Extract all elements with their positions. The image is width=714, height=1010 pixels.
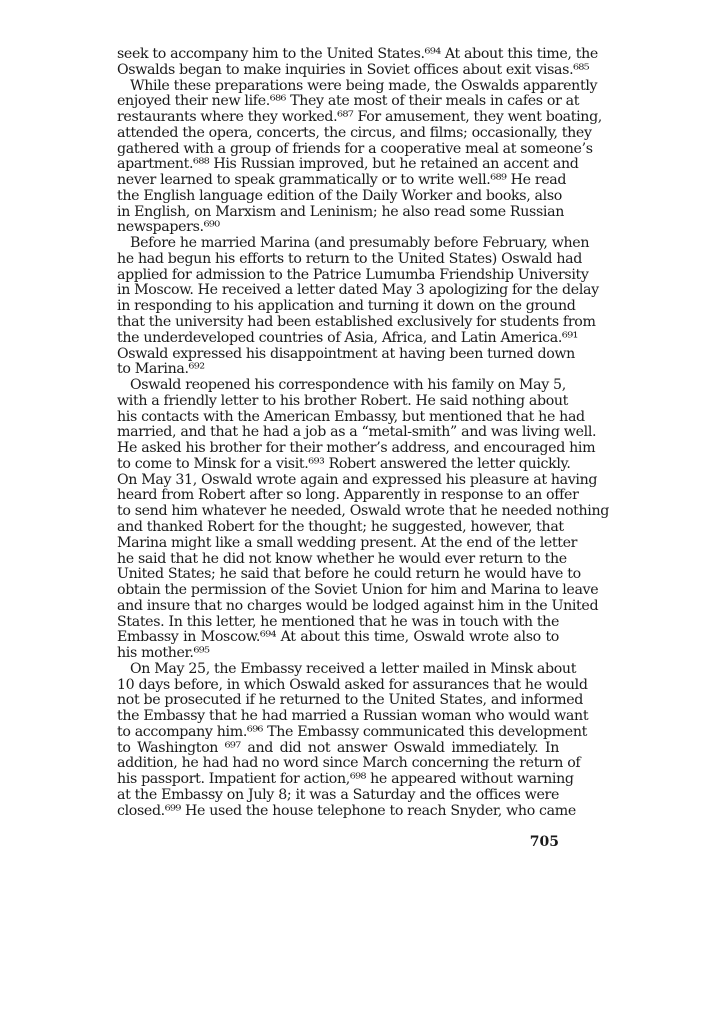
text-line: never learned to speak grammatically or … xyxy=(117,173,559,189)
text-line: obtain the permission of the Soviet Unio… xyxy=(117,583,559,599)
text-line: gathered with a group of friends for a c… xyxy=(117,142,559,158)
text-line: and thanked Robert for the thought; he s… xyxy=(117,520,559,536)
text-line: enjoyed their new life.⁶⁸⁶ They ate most… xyxy=(117,94,559,110)
page-body: seek to accompany him to the United Stat… xyxy=(117,47,559,820)
text-line: to send him whatever he needed, Oswald w… xyxy=(117,504,559,520)
text-line: heard from Robert after so long. Apparen… xyxy=(117,488,559,504)
text-line: On May 25, the Embassy received a letter… xyxy=(117,662,559,678)
text-line: apartment.⁶⁸⁸ His Russian improved, but … xyxy=(117,157,559,173)
text-line: Marina might like a small wedding presen… xyxy=(117,536,559,552)
text-line: seek to accompany him to the United Stat… xyxy=(117,47,559,63)
text-line: restaurants where they worked.⁶⁸⁷ For am… xyxy=(117,110,559,126)
text-line: He asked his brother for their mother’s … xyxy=(117,441,559,457)
text-line: Oswald expressed his disappointment at h… xyxy=(117,347,559,363)
text-line: he had begun his efforts to return to th… xyxy=(117,252,559,268)
text-line: addition, he had had no word since March… xyxy=(117,756,559,772)
text-line: the underdeveloped countries of Asia, Af… xyxy=(117,331,559,347)
text-line: newspapers.⁶⁹⁰ xyxy=(117,220,559,236)
text-line: he said that he did not know whether he … xyxy=(117,552,559,568)
page-number: 705 xyxy=(522,834,559,850)
text-line: in Moscow. He received a letter dated Ma… xyxy=(117,283,559,299)
text-line: attended the opera, concerts, the circus… xyxy=(117,126,559,142)
text-line: Oswald reopened his correspondence with … xyxy=(117,378,559,394)
text-line: with a friendly letter to his brother Ro… xyxy=(117,394,559,410)
text-line: in responding to his application and tur… xyxy=(117,299,559,315)
text-line: married, and that he had a job as a “met… xyxy=(117,425,559,441)
text-line: that the university had been established… xyxy=(117,315,559,331)
text-line: 10 days before, in which Oswald asked fo… xyxy=(117,678,559,694)
text-line: his contacts with the American Embassy, … xyxy=(117,410,559,426)
text-line: While these preparations were being made… xyxy=(117,79,559,95)
text-line: States. In this letter, he mentioned tha… xyxy=(117,615,559,631)
text-line: to Washington ⁶⁹⁷ and did not answer Osw… xyxy=(117,741,559,757)
text-line: the Embassy that he had married a Russia… xyxy=(117,709,559,725)
text-line: in English, on Marxism and Leninism; he … xyxy=(117,205,559,221)
text-line: closed.⁶⁹⁹ He used the house telephone t… xyxy=(117,804,559,820)
text-line: Embassy in Moscow.⁶⁹⁴ At about this time… xyxy=(117,630,559,646)
text-line: United States; he said that before he co… xyxy=(117,567,559,583)
text-line: not be prosecuted if he returned to the … xyxy=(117,693,559,709)
text-line: his passport. Impatient for action,⁶⁹⁸ h… xyxy=(117,772,559,788)
text-line: his mother.⁶⁹⁵ xyxy=(117,646,559,662)
text-line: to accompany him.⁶⁹⁶ The Embassy communi… xyxy=(117,725,559,741)
text-line: Before he married Marina (and presumably… xyxy=(117,236,559,252)
text-line: Oswalds began to make inquiries in Sovie… xyxy=(117,63,559,79)
text-line: to Marina.⁶⁹² xyxy=(117,362,559,378)
text-line: to come to Minsk for a visit.⁶⁹³ Robert … xyxy=(117,457,559,473)
text-line: the English language edition of the Dail… xyxy=(117,189,559,205)
text-line: applied for admission to the Patrice Lum… xyxy=(117,268,559,284)
text-line: at the Embassy on July 8; it was a Satur… xyxy=(117,788,559,804)
text-line: On May 31, Oswald wrote again and expres… xyxy=(117,473,559,489)
text-line: and insure that no charges would be lodg… xyxy=(117,599,559,615)
